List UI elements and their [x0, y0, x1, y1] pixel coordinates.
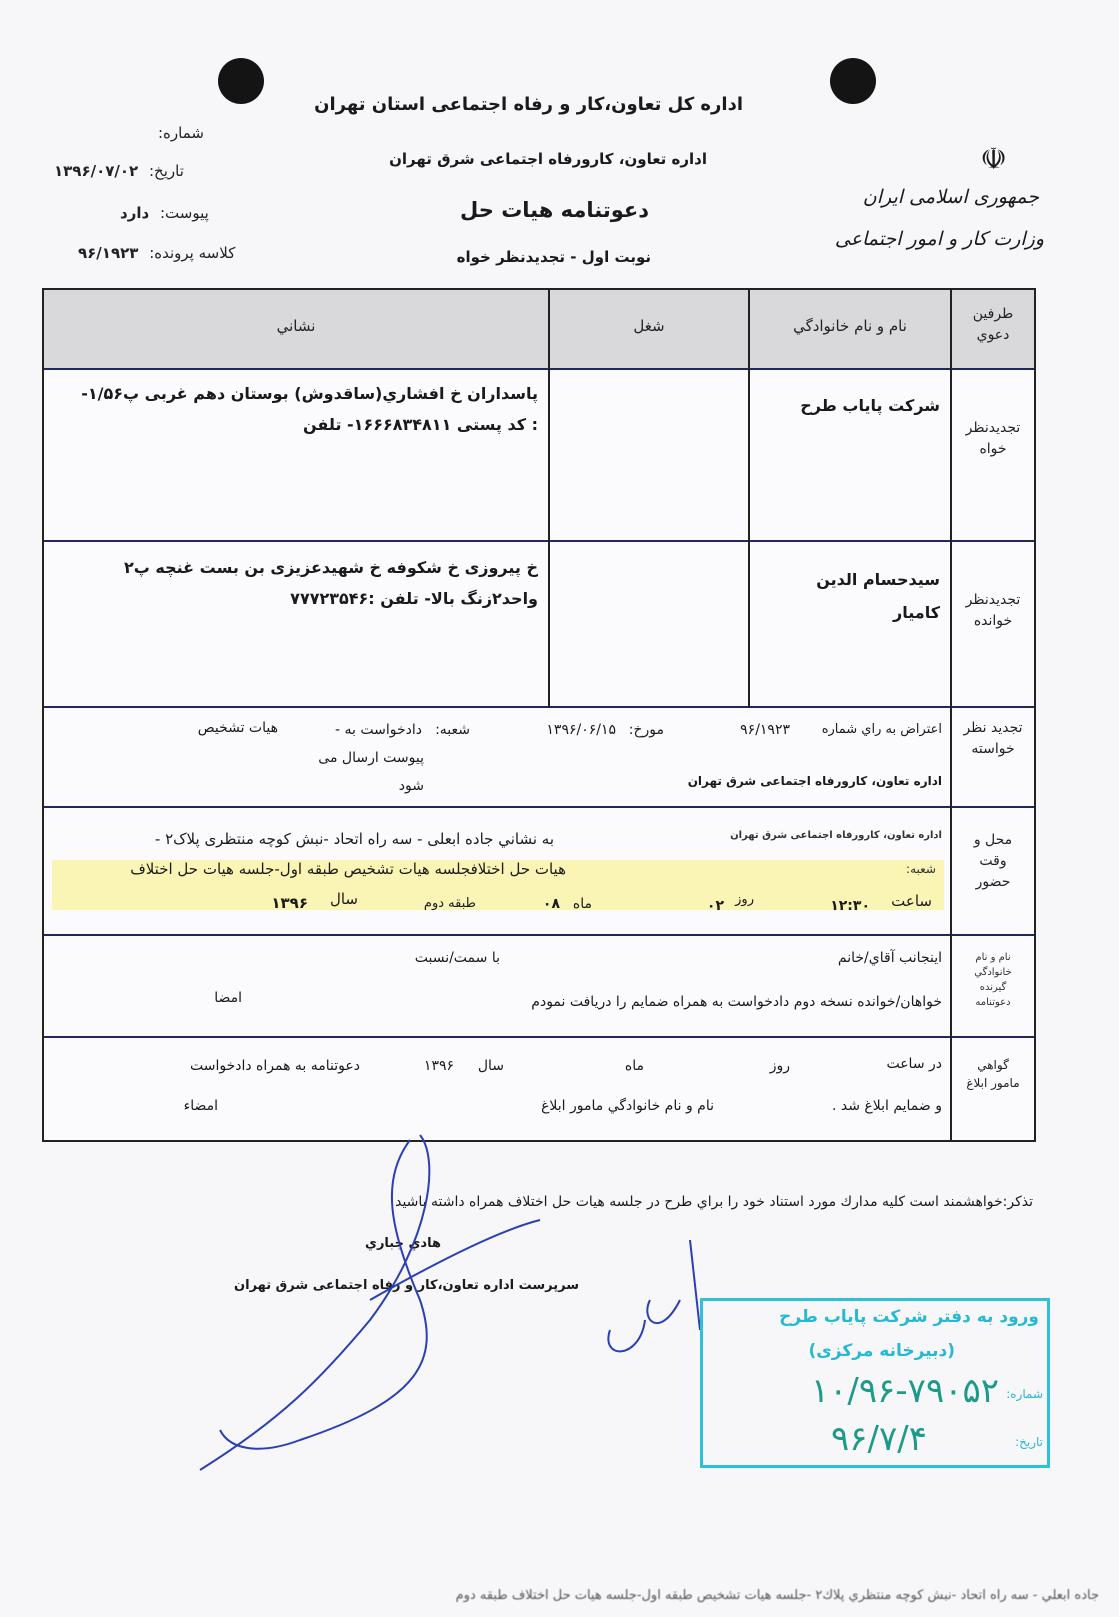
attachment-value: دارد [120, 204, 149, 222]
recipient-content: اینجانب آقاي/خانم با سمت/نسبت خواهان/خوا… [44, 936, 950, 1036]
table-row-appellant: تجدیدنظر خواه شرکت پایاب طرح پاسداران خ … [44, 370, 1034, 542]
document-title: دعوتنامه هیات حل [460, 198, 649, 222]
officer-month: ماه [625, 1058, 644, 1074]
signer-title: سرپرست اداره تعاون،کار و رفاه اجتماعی شر… [234, 1278, 579, 1293]
receipt-stamp: ورود به دفتر شرکت پایاب طرح (دبیرخانه مر… [700, 1298, 1050, 1468]
table-header-row: طرفین دعوي نام و نام خانوادگي شغل نشاني [44, 290, 1034, 370]
date-field: تاریخ: ۱۳۹۶/۰۷/۰۲ [54, 162, 184, 180]
bleed-through-text: جاده ابعلي - سه راه اتحاد -نبش کوچه منتظ… [456, 1588, 1099, 1603]
sent-line2: شود [399, 778, 424, 794]
footer-note: تذکر:خواهشمند است کلیه مدارك مورد استناد… [395, 1194, 1033, 1210]
officer-year-value: ۱۳۹۶ [424, 1058, 454, 1074]
venue-content: اداره تعاون، کارورفاه اجتماعی شرق تهران … [44, 808, 950, 934]
officer-name: نام و نام خانوادگي مامور ابلاغ [541, 1098, 714, 1114]
officer-content: در ساعت روز ماه سال ۱۳۹۶ دعوتنامه به همر… [44, 1038, 950, 1140]
org-subtitle: اداره تعاون، کارورفاه اجتماعی شرق تهران [389, 150, 707, 168]
iran-emblem-icon: ☫ [980, 142, 1007, 177]
attachment-label: پیوست: [160, 204, 209, 222]
appellee-job [550, 542, 748, 706]
board-name: هیات تشخیص [198, 720, 278, 736]
header-job: شغل [550, 290, 748, 368]
header-parties: طرفین دعوي [952, 290, 1034, 368]
venue-address-line1: به نشاني جاده ابعلی - سه راه اتحاد -نبش … [155, 830, 554, 848]
stamp-date-value: ۹۶/۷/۴ [831, 1419, 927, 1459]
time-label: ساعت [891, 892, 932, 910]
officer-invite: دعوتنامه به همراه دادخواست [190, 1058, 360, 1074]
org-title: اداره کل تعاون،کار و رفاه اجتماعی استان … [314, 94, 743, 115]
header-name: نام و نام خانوادگي [750, 290, 950, 368]
venue-office: اداره تعاون، کارورفاه اجتماعی شرق تهران [730, 830, 942, 841]
file-label: کلاسه پرونده: [149, 244, 235, 262]
appeal-request-content: اعتراض به راي شماره ۹۶/۱۹۲۳ مورخ: ۱۳۹۶/۰… [44, 708, 950, 806]
officer-at-hour: در ساعت [886, 1056, 942, 1072]
signer-name: هادي جباري [365, 1236, 441, 1251]
appellant-address: پاسداران خ افشاري(ساقدوش) بوستان دهم غرب… [44, 370, 548, 540]
column-divider [748, 290, 750, 708]
appellant-label: تجدیدنظر خواه [952, 370, 1034, 540]
appellant-name: شرکت پایاب طرح [750, 370, 950, 540]
table-row-appellee: تجدیدنظر خوانده سیدحسام الدین کامیار خ پ… [44, 542, 1034, 708]
appellee-name: سیدحسام الدین کامیار [750, 542, 950, 706]
date-value: ۱۳۹۶/۰۷/۰۲ [54, 162, 138, 180]
stamp-title: ورود به دفتر شرکت پایاب طرح [779, 1307, 1039, 1327]
ministry-label: وزارت کار و امور اجتماعی [835, 228, 1044, 250]
stamp-date-label: تاریخ: [1015, 1435, 1043, 1449]
sent-line1: پیوست ارسال می [318, 750, 424, 766]
recipient-line1-right: با سمت/نسبت [415, 950, 500, 966]
officer-year-label: سال [478, 1058, 504, 1074]
floor-label: طبقه دوم [424, 896, 476, 911]
appellee-address: خ پیروزی خ شکوفه خ شهیدعزیزی بن بست غنچه… [44, 542, 548, 706]
day-value: ۰۲ [707, 898, 724, 914]
dated-value: ۱۳۹۶/۰۶/۱۵ [546, 722, 616, 738]
stamp-subtitle: (دبیرخانه مرکزی) [808, 1341, 955, 1361]
year-value: ۱۳۹۶ [271, 894, 308, 912]
venue-branch-label: شعبه: [906, 862, 936, 876]
dated-label: مورخ: [629, 722, 664, 738]
month-label: ماه [573, 896, 592, 912]
appeal-office: اداره تعاون، کارورفاه اجتماعی شرق تهران [688, 774, 942, 788]
month-value: ۰۸ [543, 896, 560, 912]
recipient-line1-left: اینجانب آقاي/خانم [838, 950, 942, 966]
number-field: شماره: [152, 124, 204, 142]
branch-label: شعبه: [435, 722, 470, 738]
time-value: ۱۲:۳۰ [830, 898, 870, 914]
table-row-recipient: نام و نام خانوادگي گیرنده دعوتنامه اینجا… [44, 936, 1034, 1038]
venue-address-line2: هیات حل اختلافجلسه هیات تشخیص طبقه اول-ج… [130, 860, 566, 878]
summons-table: طرفین دعوي نام و نام خانوادگي شغل نشاني … [42, 288, 1036, 1142]
appellee-label: تجدیدنظر خوانده [952, 542, 1034, 706]
column-divider [548, 290, 550, 708]
officer-day: روز [770, 1058, 790, 1074]
session-label: نوبت اول - تجدیدنظر خواه [457, 248, 651, 266]
officer-sign: امضاء [184, 1098, 218, 1114]
attachment-field: پیوست: دارد [120, 204, 209, 222]
year-label: سال [330, 890, 358, 908]
recipient-label: نام و نام خانوادگي گیرنده دعوتنامه [952, 936, 1034, 1036]
punch-hole-right [830, 58, 876, 104]
file-field: کلاسه پرونده: ۹۶/۱۹۲۳ [78, 244, 235, 262]
column-divider [950, 290, 952, 1140]
branch-text: دادخواست به - [335, 722, 422, 738]
appellant-job [550, 370, 748, 540]
recipient-line2: خواهان/خوانده نسخه دوم دادخواست به همراه… [531, 994, 942, 1010]
date-label: تاریخ: [149, 162, 184, 180]
table-row-venue: محل و وقت حضور اداره تعاون، کارورفاه اجت… [44, 808, 1034, 936]
recipient-sign: امضا [214, 990, 242, 1006]
punch-hole-left [218, 58, 264, 104]
venue-label: محل و وقت حضور [952, 808, 1034, 934]
stamp-number-value: ۱۰/۹۶-۷۹۰۵۲ [811, 1371, 999, 1411]
officer-attachments: و ضمایم ابلاغ شد . [832, 1098, 942, 1114]
table-row-appeal-request: تجدید نظر خواسته اعتراض به راي شماره ۹۶/… [44, 708, 1034, 808]
objection-label: اعتراض به راي شماره [822, 722, 942, 737]
stamp-number-label: شماره: [1006, 1387, 1043, 1401]
objection-number: ۹۶/۱۹۲۳ [740, 722, 790, 738]
file-value: ۹۶/۱۹۲۳ [78, 244, 138, 262]
officer-label: گواهي مامور ابلاغ [952, 1038, 1034, 1140]
day-label: روز [735, 892, 754, 907]
number-label: شماره: [158, 124, 204, 142]
republic-label: جمهوری اسلامی ایران [863, 186, 1039, 208]
table-row-officer: گواهي مامور ابلاغ در ساعت روز ماه سال ۱۳… [44, 1038, 1034, 1140]
appeal-request-label: تجدید نظر خواسته [952, 708, 1034, 806]
header-address: نشاني [44, 290, 548, 368]
